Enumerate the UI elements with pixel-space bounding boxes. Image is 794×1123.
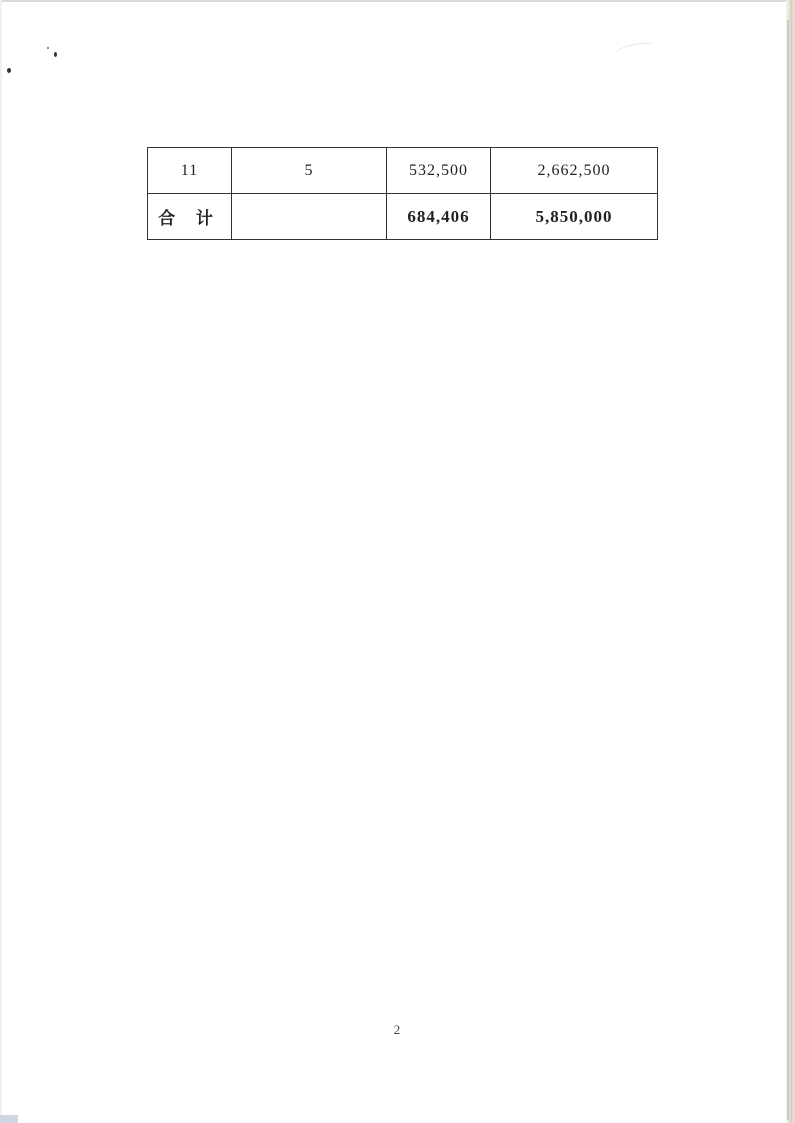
scan-left-edge: [0, 0, 2, 1123]
scan-corner-mark: [0, 1115, 18, 1123]
scan-top-edge: [0, 0, 794, 2]
total-unit-value: 684,406: [387, 194, 491, 240]
cell-quantity: 5: [232, 148, 387, 194]
table-row: 11 5 532,500 2,662,500: [148, 148, 658, 194]
scan-speck: [47, 47, 49, 49]
cell-unit-value: 532,500: [387, 148, 491, 194]
total-label: 合 计: [148, 194, 232, 240]
total-total-value: 5,850,000: [491, 194, 658, 240]
scan-speck: [7, 68, 11, 73]
page-number: 2: [0, 1022, 794, 1038]
total-quantity: [232, 194, 387, 240]
cell-total-value: 2,662,500: [491, 148, 658, 194]
scan-smudge: [614, 40, 655, 59]
cell-index: 11: [148, 148, 232, 194]
data-table: 11 5 532,500 2,662,500 合 计 684,406 5,850…: [147, 147, 658, 240]
scan-speck: [54, 52, 57, 57]
scan-right-edge: [786, 0, 794, 1123]
table-total-row: 合 计 684,406 5,850,000: [148, 194, 658, 240]
